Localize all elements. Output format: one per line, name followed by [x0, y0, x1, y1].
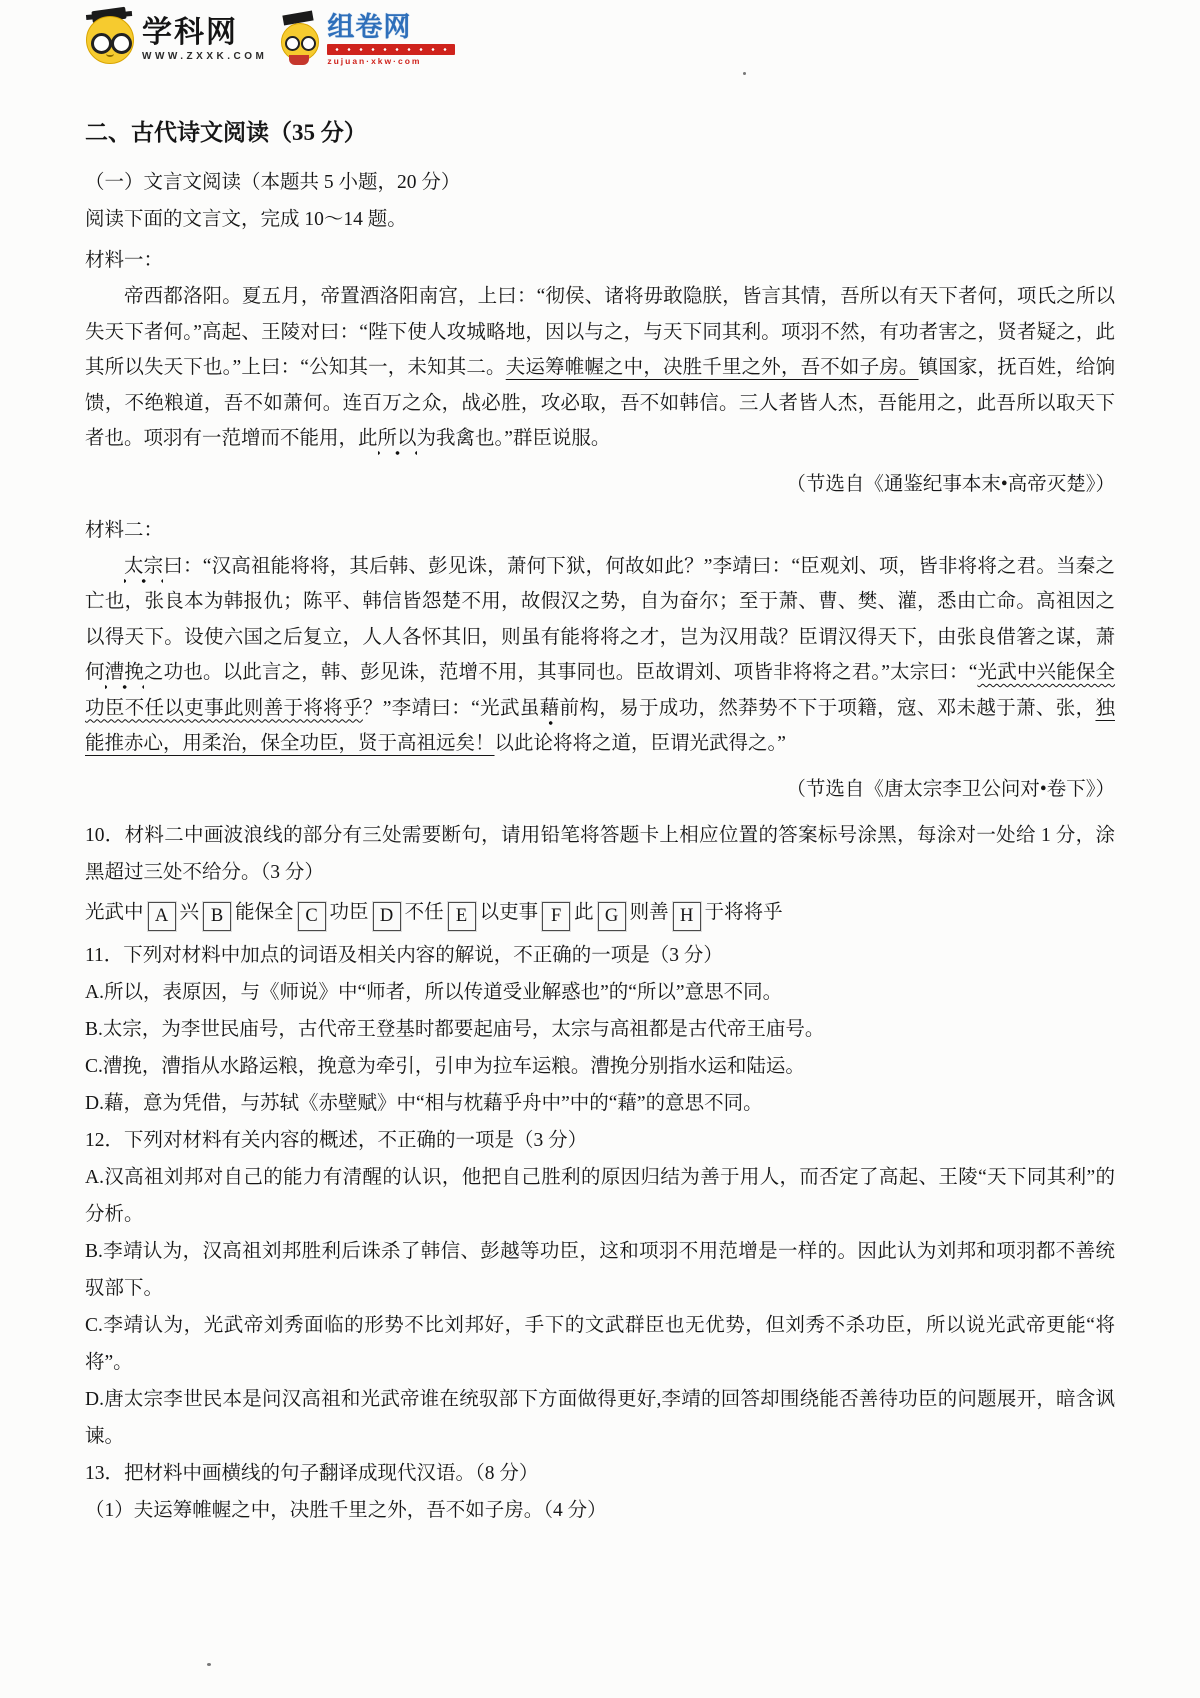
reading-instruction: 阅读下面的文言文，完成 10～14 题。: [85, 201, 1115, 238]
text-segment: 为我禽也。”群臣说服。: [417, 428, 611, 449]
text-segment: 之功也。以此言之，韩、彭见诛，范增不用，其事同也。臣故谓刘、项皆非将将之君。”太…: [144, 662, 977, 683]
text-segment: 功臣: [330, 902, 369, 923]
text-segment-u: 夫运筹帷幄之中，决胜千里之外，吾不如子房。: [506, 357, 919, 378]
question-13-part1: （1）夫运筹帷幄之中，决胜千里之外，吾不如子房。（4 分）: [85, 1492, 1115, 1529]
material2-paragraph: 太宗曰：“汉高祖能将将，其后韩、彭见诛，萧何下狱，何故如此？”李靖曰：“臣观刘、…: [85, 549, 1115, 762]
glasses-icon: [301, 36, 316, 51]
question-10-segmentation-row: 光武中A兴B能保全C功臣D不任E以吏事F此G则善H于将将乎: [85, 891, 1115, 935]
site2-name: 组卷网: [327, 14, 455, 41]
question-11-option-b: B.太宗，为李世民庙号，古代帝王登基时都要起庙号，太宗与高祖都是古代帝王庙号。: [85, 1011, 1115, 1048]
answer-box-F: F: [542, 902, 570, 931]
site1-name: 学科网: [142, 18, 267, 48]
scan-artifact-dot: [743, 72, 746, 75]
answer-box-C: C: [298, 902, 326, 931]
text-segment-dot: 太宗: [124, 556, 163, 584]
answer-box-A: A: [148, 902, 176, 931]
mascot-body: [289, 55, 309, 65]
exam-content: 二、古代诗文阅读（35 分） （一）文言文阅读（本题共 5 小题，20 分） 阅…: [85, 118, 1115, 1529]
glasses-icon: [285, 36, 300, 51]
zujuan-mascot-icon: [281, 21, 319, 59]
text-segment: 不任: [405, 902, 444, 923]
site2-url: zujuan·xkw·com: [327, 57, 455, 66]
question-13-text: 13．把材料中画横线的句子翻译成现代汉语。（8 分）: [85, 1455, 1115, 1492]
zujuan-banner: [327, 44, 455, 55]
answer-box-D: D: [373, 902, 401, 931]
zxxk-logo-text: 学科网 WWW.ZXXK.COM: [142, 18, 267, 62]
question-10-text: 10．材料二中画波浪线的部分有三处需要断句，请用铅笔将答题卡上相应位置的答案标号…: [85, 817, 1115, 891]
material1-citation: （节选自《通鉴纪事本末•高帝灭楚》）: [85, 467, 1115, 502]
question-12-option-d: D.唐太宗李世民本是问汉高祖和光武帝谁在统驭部下方面做得更好,李靖的回答却围绕能…: [85, 1381, 1115, 1455]
zujuan-logo-text: 组卷网 zujuan·xkw·com: [327, 14, 455, 66]
text-segment: 能保全: [235, 902, 294, 923]
answer-box-E: E: [448, 902, 476, 931]
site1-url: WWW.ZXXK.COM: [142, 52, 267, 62]
mascot-mouth: [106, 51, 114, 57]
site-logo: 学科网 WWW.ZXXK.COM 组卷网 zujuan·xkw·com: [86, 14, 455, 66]
section-subtitle: （一）文言文阅读（本题共 5 小题，20 分）: [85, 164, 1115, 201]
question-11-option-d: D.藉，意为凭借，与苏轼《赤壁赋》中“相与枕藉乎舟中”中的“藉”的意思不同。: [85, 1085, 1115, 1122]
question-11-option-a: A.所以，表原因，与《师说》中“师者，所以传道受业解惑也”的“所以”意思不同。: [85, 974, 1115, 1011]
question-11-option-c: C.漕挽，漕指从水路运粮，挽意为牵引，引申为拉车运粮。漕挽分别指水运和陆运。: [85, 1048, 1115, 1085]
question-12-option-a: A.汉高祖刘邦对自己的能力有清醒的认识，他把自己胜利的原因归结为善于用人，而否定…: [85, 1159, 1115, 1233]
answer-box-B: B: [203, 902, 231, 931]
question-12-option-b: B.李靖认为，汉高祖刘邦胜利后诛杀了韩信、彭越等功臣，这和项羽不用范增是一样的。…: [85, 1233, 1115, 1307]
text-segment: 以吏事: [480, 902, 539, 923]
material2-citation: （节选自《唐太宗李卫公问对•卷下》）: [85, 772, 1115, 807]
text-segment-dot: 藉: [540, 698, 560, 726]
exam-page: { "logo": { "site1_name": "学科网", "site1_…: [0, 0, 1200, 1698]
material1-label: 材料一：: [85, 242, 1115, 279]
question-12-text: 12．下列对材料有关内容的概述，不正确的一项是（3 分）: [85, 1122, 1115, 1159]
text-segment-dot: 所以: [378, 428, 417, 456]
text-segment-dot: 漕挽: [105, 662, 144, 690]
answer-box-H: H: [673, 902, 701, 931]
glasses-icon: [111, 33, 132, 54]
text-segment: 以此论将将之道，臣谓光武得之。”: [495, 733, 786, 754]
question-12-option-c: C.李靖认为，光武帝刘秀面临的形势不比刘邦好，手下的文武群臣也无优势，但刘秀不杀…: [85, 1307, 1115, 1381]
answer-box-G: G: [598, 902, 626, 931]
text-segment: ？”李靖曰：“光武虽: [363, 698, 540, 719]
text-segment: 于将将乎: [705, 902, 783, 923]
zxxk-mascot-icon: [86, 16, 134, 64]
material1-paragraph: 帝西都洛阳。夏五月，帝置酒洛阳南宫，上曰：“彻侯、诸将毋敢隐朕，皆言其情，吾所以…: [85, 279, 1115, 457]
text-segment: 前构，易于成功，然莽势不下于项籍，寇、邓未越于萧、张，: [560, 698, 1096, 719]
text-segment: 则善: [630, 902, 669, 923]
question-11-text: 11．下列对材料中加点的词语及相关内容的解说，不正确的一项是（3 分）: [85, 937, 1115, 974]
material2-label: 材料二：: [85, 512, 1115, 549]
scan-artifact-dot: [207, 1663, 211, 1666]
text-segment: 兴: [180, 902, 200, 923]
text-segment: 光武中: [85, 902, 144, 923]
mascot-face: [86, 16, 134, 64]
text-segment: 此: [574, 902, 594, 923]
section-title: 二、古代诗文阅读（35 分）: [85, 118, 1115, 148]
